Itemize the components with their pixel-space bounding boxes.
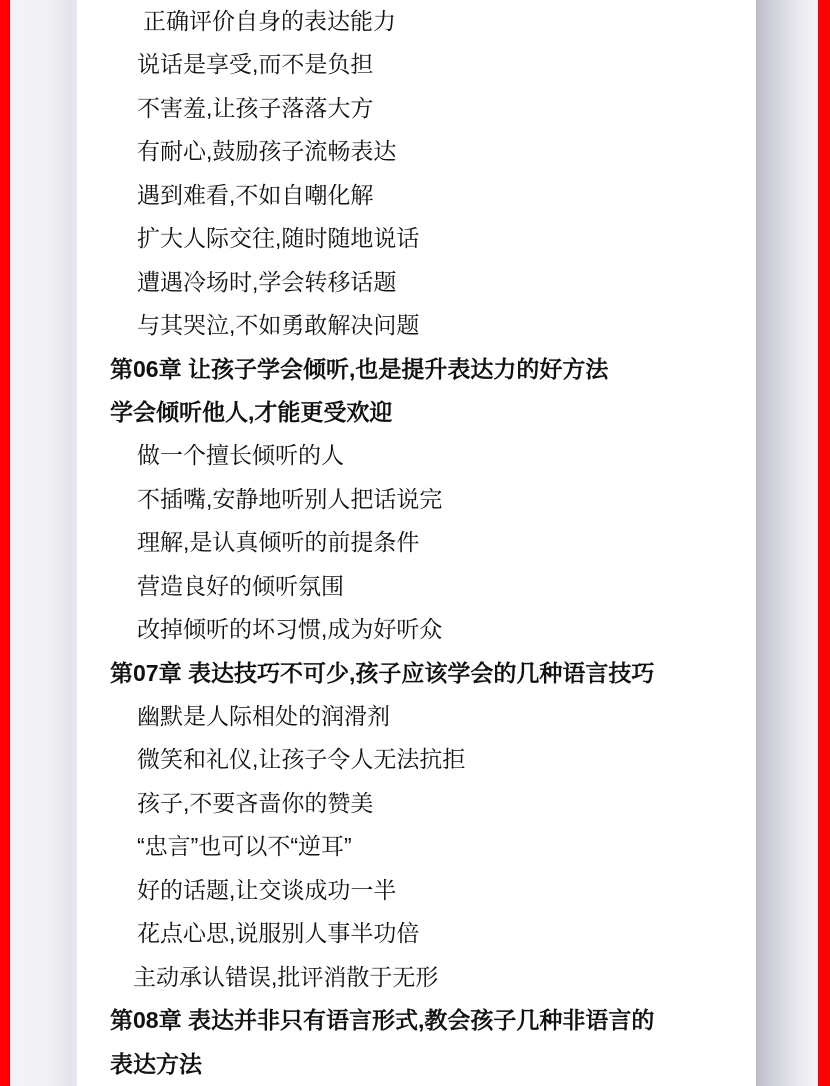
toc-item-line: 理解,是认真倾听的前提条件 bbox=[77, 521, 756, 564]
toc-chapter-line: 表达方法 bbox=[77, 1043, 756, 1086]
toc-item-line: 正确评价自身的表达能力 bbox=[77, 0, 756, 43]
toc-item-line: 与其哭泣,不如勇敢解决问题 bbox=[77, 304, 756, 347]
right-red-border bbox=[818, 0, 830, 1086]
left-red-border bbox=[0, 0, 10, 1086]
toc-item-line: 不插嘴,安静地听别人把话说完 bbox=[77, 478, 756, 521]
toc-chapter-line: 学会倾听他人,才能更受欢迎 bbox=[77, 391, 756, 434]
toc-item-line: 遭遇冷场时,学会转移话题 bbox=[77, 261, 756, 304]
toc-item-line: 改掉倾听的坏习惯,成为好听众 bbox=[77, 608, 756, 651]
toc-item-line: 有耐心,鼓励孩子流畅表达 bbox=[77, 130, 756, 173]
toc-chapter-line: 第08章 表达并非只有语言形式,教会孩子几种非语言的 bbox=[77, 999, 756, 1042]
toc-item-line: 孩子,不要吝啬你的赞美 bbox=[77, 782, 756, 825]
left-page-shade bbox=[10, 0, 77, 1086]
toc-item-line: 不害羞,让孩子落落大方 bbox=[77, 87, 756, 130]
book-toc-page: 正确评价自身的表达能力说话是享受,而不是负担不害羞,让孩子落落大方有耐心,鼓励孩… bbox=[0, 0, 830, 1086]
toc-item-line: 做一个擅长倾听的人 bbox=[77, 434, 756, 477]
toc-item-line: 好的话题,让交谈成功一半 bbox=[77, 869, 756, 912]
toc-item-line: 花点心思,说服别人事半功倍 bbox=[77, 912, 756, 955]
toc-item-line: 营造良好的倾听氛围 bbox=[77, 565, 756, 608]
toc-content: 正确评价自身的表达能力说话是享受,而不是负担不害羞,让孩子落落大方有耐心,鼓励孩… bbox=[77, 0, 756, 1086]
toc-item-line: 幽默是人际相处的润滑剂 bbox=[77, 695, 756, 738]
toc-item-line: 扩大人际交往,随时随地说话 bbox=[77, 217, 756, 260]
toc-item-line: “忠言”也可以不“逆耳” bbox=[77, 825, 756, 868]
right-page-shade bbox=[756, 0, 818, 1086]
toc-item-line: 微笑和礼仪,让孩子令人无法抗拒 bbox=[77, 738, 756, 781]
toc-chapter-line: 第06章 让孩子学会倾听,也是提升表达力的好方法 bbox=[77, 348, 756, 391]
toc-item-line: 遇到难看,不如自嘲化解 bbox=[77, 174, 756, 217]
toc-item-line: 主动承认错误,批评消散于无形 bbox=[77, 956, 756, 999]
toc-chapter-line: 第07章 表达技巧不可少,孩子应该学会的几种语言技巧 bbox=[77, 652, 756, 695]
toc-item-line: 说话是享受,而不是负担 bbox=[77, 43, 756, 86]
